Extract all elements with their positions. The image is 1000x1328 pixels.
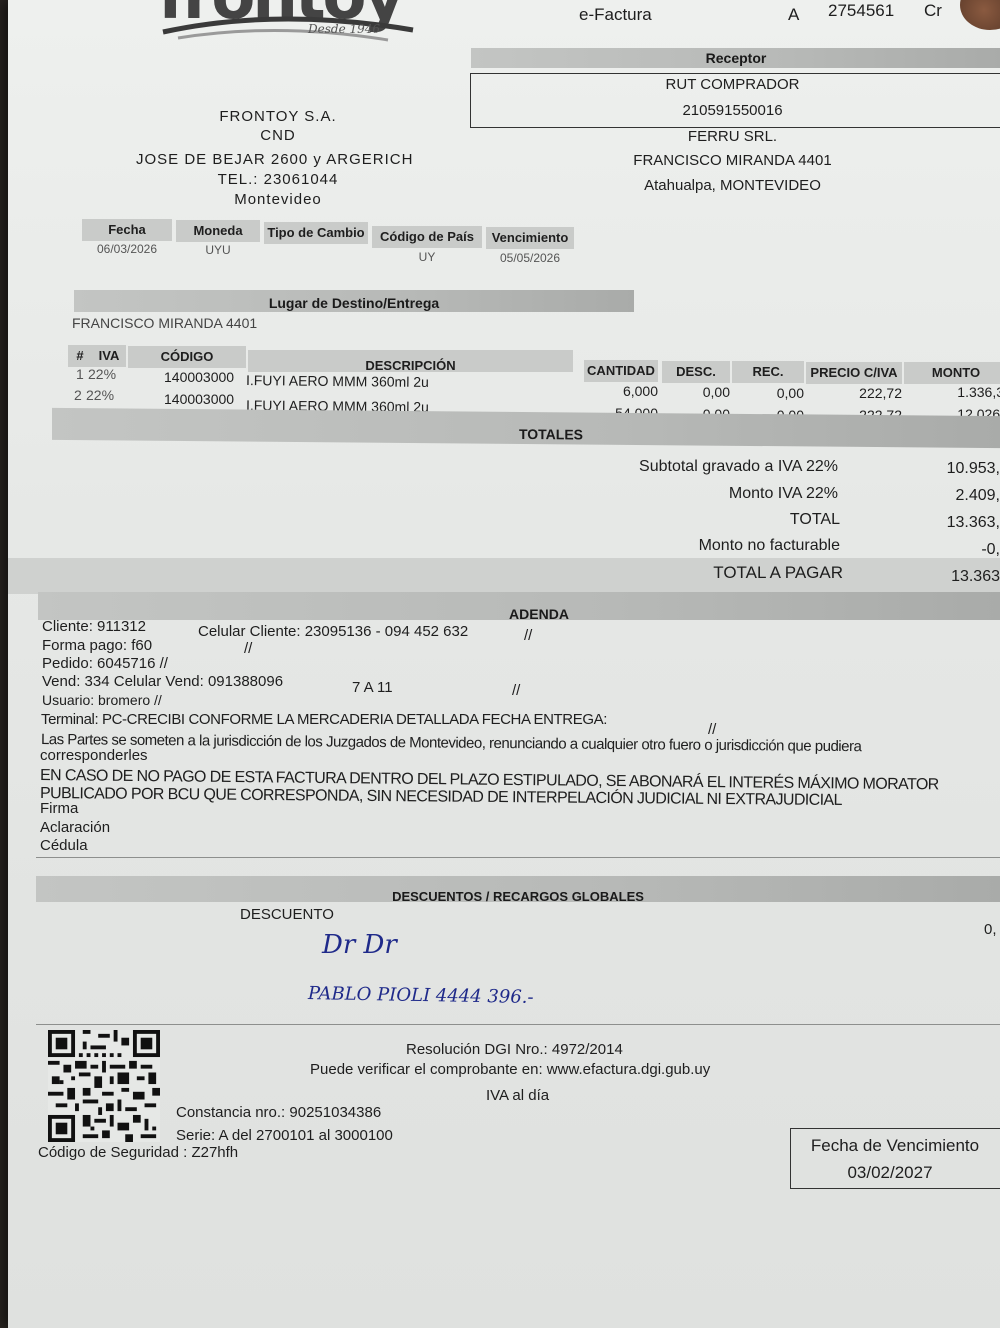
receptor-name: FERRU SRL. [470, 128, 995, 145]
totals-label-subtotal: Subtotal gravado a IVA 22% [568, 458, 838, 476]
receptor-header: Receptor [471, 48, 1000, 68]
items-header-surcharge: REC. [732, 361, 804, 383]
item-surcharge: 0,00 [732, 385, 804, 401]
totals-label-total: TOTAL [568, 511, 840, 529]
items-header-iva: IVA [92, 345, 126, 367]
item-code: 140003000 [164, 391, 234, 407]
totals-value-iva: 2.409, [888, 487, 1000, 505]
qr-code-icon [46, 1030, 162, 1142]
item-price: 222,72 [806, 385, 902, 401]
adenda-client: Cliente: 911312 [42, 618, 146, 635]
adenda-jurisdiction-line1: Las Partes se someten a la jurisdicción … [41, 731, 861, 755]
invoice-paper: frontoy Desde 1946 FRONTOY S.A. CND JOSE… [8, 0, 1000, 1328]
rut-value: 210591550016 [470, 102, 995, 119]
document-series: A [788, 5, 799, 25]
divider [36, 857, 1000, 858]
adenda-separator: // [244, 640, 252, 657]
handwritten-name: PABLO PIOLI 4444 396.- [308, 983, 534, 1008]
totals-value-subtotal: 10.953, [888, 460, 1000, 478]
totals-value-total: 13.363, [888, 514, 1000, 532]
info-header-due-date: Vencimiento [486, 227, 574, 249]
totals-label-to-pay: TOTAL A PAGAR [568, 563, 843, 583]
issuer-name: FRONTOY S.A. [158, 108, 398, 125]
totals-label-iva: Monto IVA 22% [568, 485, 838, 503]
security-code: Código de Seguridad : Z27hfh [38, 1144, 238, 1161]
item-iva: 22% [86, 387, 114, 403]
adenda-jurisdiction-line2: corresponderles [40, 747, 148, 764]
iva-status: IVA al día [486, 1087, 549, 1104]
rut-label: RUT COMPRADOR [470, 76, 995, 93]
document-number: 2754561 [828, 1, 894, 21]
issuer-phone: TEL.: 23061044 [158, 171, 398, 188]
item-quantity: 6,000 [584, 383, 658, 399]
global-discounts-header: DESCUENTOS / RECARGOS GLOBALES [36, 876, 1000, 902]
item-description: I.FUYI AERO MMM 360ml 2u [246, 372, 429, 390]
issuer-branch: CND [158, 127, 398, 144]
receptor-address: FRANCISCO MIRANDA 4401 [470, 152, 995, 169]
issuer-logo: frontoy Desde 1946 [158, 0, 418, 50]
items-header-code: CÓDIGO [128, 346, 246, 368]
item-code: 140003000 [164, 369, 234, 385]
items-header-amount: MONTO [904, 362, 1000, 384]
items-header-price: PRECIO C/IVA [806, 362, 902, 384]
info-header-currency: Moneda [176, 220, 260, 242]
divider [36, 1024, 1000, 1025]
item-num: 1 [76, 366, 84, 382]
fold-shadow [8, 558, 1000, 594]
adenda-separator: // [708, 721, 716, 738]
adenda-user: Usuario: bromero // [42, 692, 162, 708]
adenda-order: Pedido: 6045716 // [42, 655, 168, 672]
constancia-number: Constancia nro.: 90251034386 [176, 1104, 381, 1121]
item-discount: 0,00 [662, 384, 730, 400]
info-due-date: 05/05/2026 [486, 251, 574, 265]
adenda-client-phone: Celular Cliente: 23095136 - 094 452 632 [198, 623, 468, 640]
item-amount: 1.336,3 [904, 384, 1000, 400]
document-type: e-Factura [579, 5, 652, 25]
totals-value-to-pay: 13.363 [888, 568, 1000, 586]
receptor-city: Atahualpa, MONTEVIDEO [470, 177, 995, 194]
info-header-date: Fecha [82, 219, 172, 241]
items-header-quantity: CANTIDAD [584, 360, 658, 382]
adenda-terminal: Terminal: PC-CRECIBI CONFORME LA MERCADE… [41, 711, 607, 728]
handwritten-signature: Dr Dr [322, 930, 397, 960]
serie-range: Serie: A del 2700101 al 3000100 [176, 1127, 393, 1144]
id-label: Cédula [40, 837, 88, 854]
adenda-seller: Vend: 334 Celular Vend: 091388096 [42, 673, 283, 690]
adenda-separator: // [512, 682, 520, 699]
global-discount-label: DESCUENTO [240, 906, 334, 923]
info-date: 06/03/2026 [82, 242, 172, 256]
items-header-num: # [68, 345, 92, 367]
delivery-header: Lugar de Destino/Entrega [74, 290, 634, 312]
payment-method-partial: Cr [924, 1, 942, 21]
delivery-address: FRANCISCO MIRANDA 4401 [72, 315, 257, 331]
clarification-label: Aclaración [40, 819, 110, 836]
adenda-route: 7 A 11 [352, 679, 393, 696]
global-discount-value: 0, [984, 921, 997, 938]
adenda-payment: Forma pago: f60 [42, 637, 152, 654]
verify-url-text: Puede verificar el comprobante en: www.e… [310, 1061, 710, 1078]
info-header-exchange-rate: Tipo de Cambio [264, 222, 368, 244]
info-currency: UYU [176, 243, 260, 257]
expiry-label: Fecha de Vencimiento [790, 1136, 1000, 1156]
issuer-address: JOSE DE BEJAR 2600 y ARGERICH [136, 151, 413, 168]
items-header-description: DESCRIPCIÓN [248, 350, 573, 372]
items-header-discount: DESC. [662, 361, 730, 383]
totals-value-non-billable: -0, [888, 541, 1000, 559]
item-iva: 22% [88, 366, 116, 382]
expiry-date: 03/02/2027 [790, 1163, 990, 1183]
info-country-code: UY [372, 250, 482, 264]
info-header-country-code: Código de País [372, 226, 482, 248]
adenda-header: ADENDA [38, 592, 1000, 620]
issuer-city: Montevideo [158, 191, 398, 208]
totals-label-non-billable: Monto no facturable [568, 537, 840, 555]
signature-label: Firma [40, 800, 78, 817]
item-num: 2 [74, 387, 82, 403]
adenda-separator: // [524, 627, 532, 644]
dgi-resolution: Resolución DGI Nro.: 4972/2014 [406, 1041, 623, 1058]
logo-tagline: Desde 1946 [308, 22, 380, 36]
